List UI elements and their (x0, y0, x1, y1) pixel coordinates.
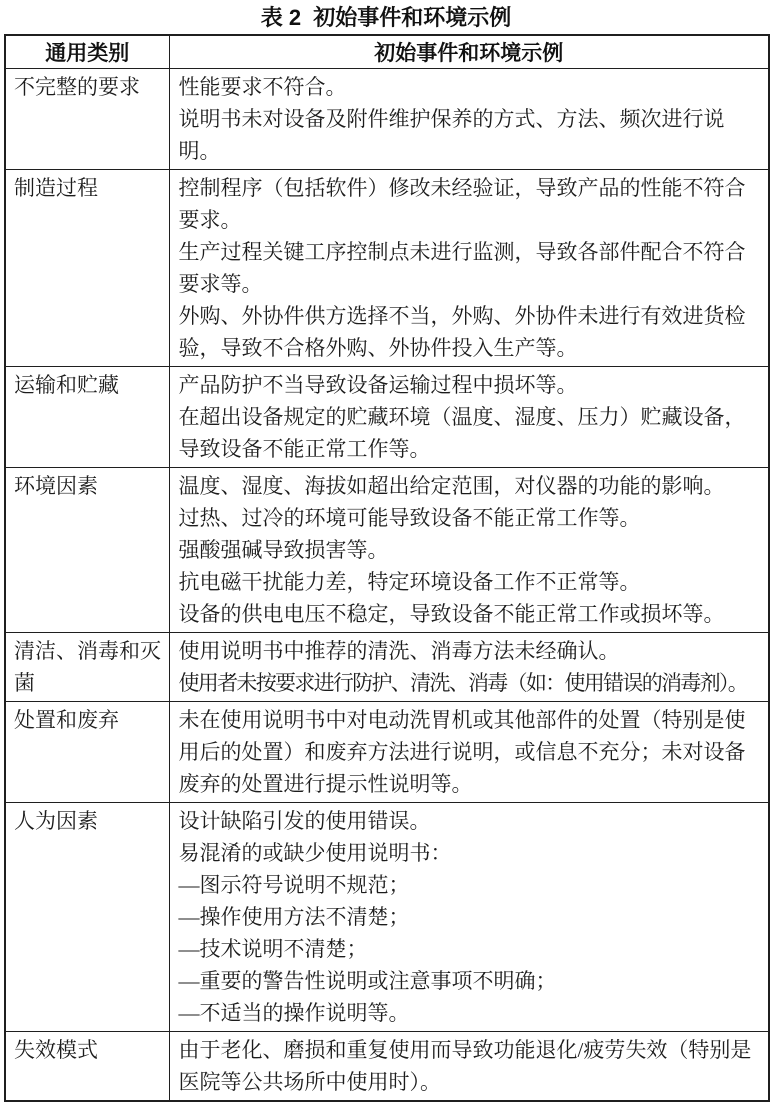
example-text: 产品防护不当导致设备运输过程中损坏等。 (179, 369, 763, 401)
category-cell: 环境因素 (5, 468, 169, 633)
example-text: 在超出设备规定的贮藏环境（温度、湿度、压力）贮藏设备，导致设备不能正常工作等。 (179, 401, 763, 465)
column-header-examples: 初始事件和环境示例 (169, 35, 769, 69)
example-text: 设计缺陷引发的使用错误。 (179, 805, 763, 837)
example-text: 生产过程关键工序控制点未进行监测，导致各部件配合不符合要求等。 (179, 236, 763, 300)
example-text: —图示符号说明不规范； (179, 869, 763, 901)
table-row: 环境因素 温度、湿度、海拔如超出给定范围，对仪器的功能的影响。过热、过冷的环境可… (5, 468, 769, 633)
examples-cell: 设计缺陷引发的使用错误。易混淆的或缺少使用说明书：—图示符号说明不规范；—操作使… (169, 803, 769, 1032)
example-text: 强酸强碱导致损害等。 (179, 534, 763, 566)
table-header-row: 通用类别 初始事件和环境示例 (5, 35, 769, 69)
example-text: 使用者未按要求进行防护、清洗、消毒（如：使用错误的消毒剂）。 (179, 667, 763, 699)
table-row: 制造过程 控制程序（包括软件）修改未经验证，导致产品的性能不符合要求。生产过程关… (5, 170, 769, 367)
category-cell: 人为因素 (5, 803, 169, 1032)
example-text: —技术说明不清楚； (179, 933, 763, 965)
table-body: 不完整的要求 性能要求不符合。说明书未对设备及附件维护保养的方式、方法、频次进行… (5, 69, 769, 1102)
example-text: 外购、外协件供方选择不当，外购、外协件未进行有效进货检验，导致不合格外购、外协件… (179, 300, 763, 364)
category-cell: 制造过程 (5, 170, 169, 367)
example-text: 设备的供电电压不稳定，导致设备不能正常工作或损坏等。 (179, 598, 763, 630)
table-row: 运输和贮藏 产品防护不当导致设备运输过程中损坏等。在超出设备规定的贮藏环境（温度… (5, 367, 769, 468)
category-cell: 失效模式 (5, 1032, 169, 1102)
table-row: 失效模式 由于老化、磨损和重复使用而导致功能退化/疲劳失效（特别是医院等公共场所… (5, 1032, 769, 1102)
examples-cell: 性能要求不符合。说明书未对设备及附件维护保养的方式、方法、频次进行说明。 (169, 69, 769, 170)
examples-cell: 温度、湿度、海拔如超出给定范围，对仪器的功能的影响。过热、过冷的环境可能导致设备… (169, 468, 769, 633)
category-cell: 运输和贮藏 (5, 367, 169, 468)
examples-cell: 使用说明书中推荐的清洗、消毒方法未经确认。使用者未按要求进行防护、清洗、消毒（如… (169, 633, 769, 702)
table-caption: 表 2 初始事件和环境示例 (4, 4, 768, 31)
example-text: 温度、湿度、海拔如超出给定范围，对仪器的功能的影响。 (179, 470, 763, 502)
examples-cell: 由于老化、磨损和重复使用而导致功能退化/疲劳失效（特别是医院等公共场所中使用时）… (169, 1032, 769, 1102)
examples-cell: 未在使用说明书中对电动洗胃机或其他部件的处置（特别是使用后的处置）和废弃方法进行… (169, 702, 769, 803)
table-row: 不完整的要求 性能要求不符合。说明书未对设备及附件维护保养的方式、方法、频次进行… (5, 69, 769, 170)
initial-events-table: 通用类别 初始事件和环境示例 不完整的要求 性能要求不符合。说明书未对设备及附件… (4, 34, 770, 1102)
example-text: —操作使用方法不清楚； (179, 901, 763, 933)
table-row: 清洁、消毒和灭菌 使用说明书中推荐的清洗、消毒方法未经确认。使用者未按要求进行防… (5, 633, 769, 702)
table-row: 处置和废弃 未在使用说明书中对电动洗胃机或其他部件的处置（特别是使用后的处置）和… (5, 702, 769, 803)
example-text: 性能要求不符合。 (179, 71, 763, 103)
example-text: 使用说明书中推荐的清洗、消毒方法未经确认。 (179, 635, 763, 667)
document-page: 表 2 初始事件和环境示例 通用类别 初始事件和环境示例 不完整的要求 性能要求… (0, 0, 772, 1102)
category-cell: 不完整的要求 (5, 69, 169, 170)
table-row: 人为因素 设计缺陷引发的使用错误。易混淆的或缺少使用说明书：—图示符号说明不规范… (5, 803, 769, 1032)
example-text: 未在使用说明书中对电动洗胃机或其他部件的处置（特别是使用后的处置）和废弃方法进行… (179, 704, 763, 800)
examples-cell: 控制程序（包括软件）修改未经验证，导致产品的性能不符合要求。生产过程关键工序控制… (169, 170, 769, 367)
example-text: —不适当的操作说明等。 (179, 997, 763, 1029)
column-header-category: 通用类别 (5, 35, 169, 69)
example-text: 易混淆的或缺少使用说明书： (179, 837, 763, 869)
category-cell: 处置和废弃 (5, 702, 169, 803)
example-text: 过热、过冷的环境可能导致设备不能正常工作等。 (179, 502, 763, 534)
example-text: 说明书未对设备及附件维护保养的方式、方法、频次进行说明。 (179, 103, 763, 167)
example-text: 控制程序（包括软件）修改未经验证，导致产品的性能不符合要求。 (179, 172, 763, 236)
example-text: 抗电磁干扰能力差，特定环境设备工作不正常等。 (179, 566, 763, 598)
example-text: 由于老化、磨损和重复使用而导致功能退化/疲劳失效（特别是医院等公共场所中使用时）… (179, 1034, 763, 1098)
examples-cell: 产品防护不当导致设备运输过程中损坏等。在超出设备规定的贮藏环境（温度、湿度、压力… (169, 367, 769, 468)
example-text: —重要的警告性说明或注意事项不明确； (179, 965, 763, 997)
category-cell: 清洁、消毒和灭菌 (5, 633, 169, 702)
